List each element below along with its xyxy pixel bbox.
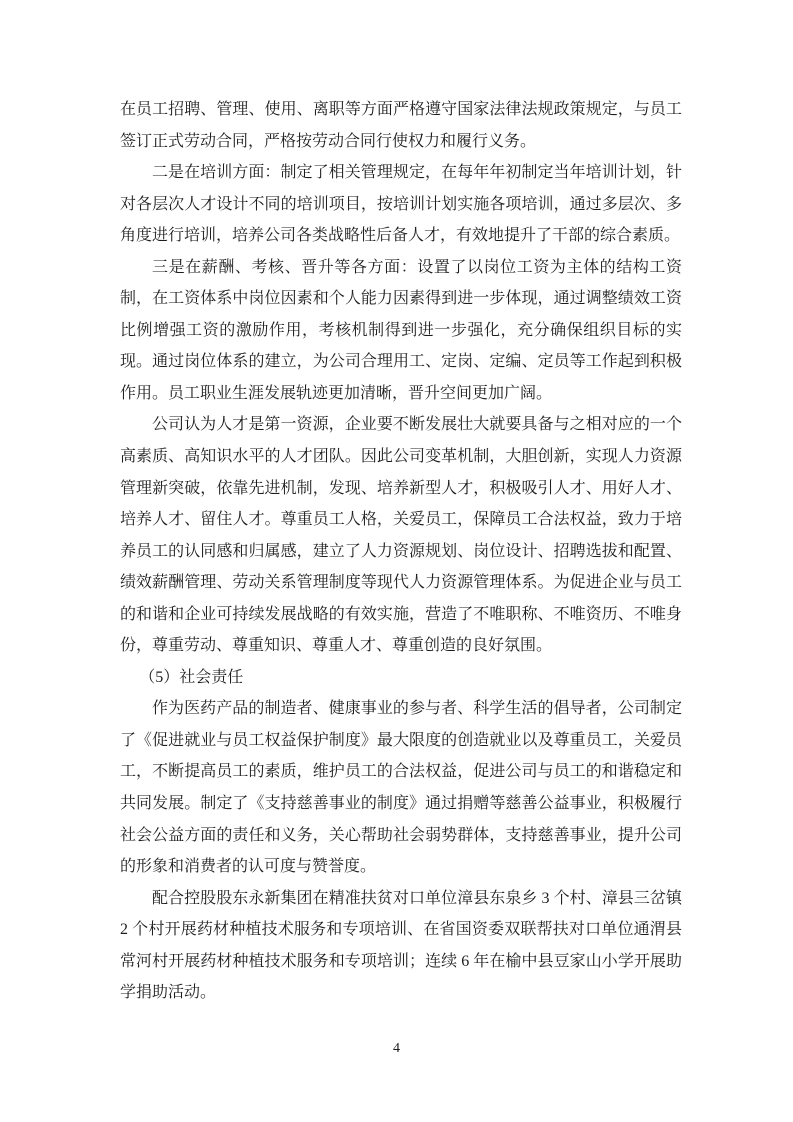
page-number: 4 <box>0 1041 793 1057</box>
paragraph-poverty-alleviation: 配合控股股东永新集团在精准扶贫对口单位漳县东泉乡 3 个村、漳县三岔镇 2 个村… <box>120 883 682 1009</box>
section-heading-social-responsibility: （5）社会责任 <box>120 662 682 694</box>
paragraph-training: 二是在培训方面：制定了相关管理规定，在每年年初制定当年培训计划，针对各层次人才设… <box>120 157 682 252</box>
document-page: 在员工招聘、管理、使用、离职等方面严格遵守国家法律法规政策规定，与员工签订正式劳… <box>0 0 793 1122</box>
page-body-text: 在员工招聘、管理、使用、离职等方面严格遵守国家法律法规政策规定，与员工签订正式劳… <box>120 94 682 1009</box>
paragraph-compensation: 三是在薪酬、考核、晋升等各方面：设置了以岗位工资为主体的结构工资制，在工资体系中… <box>120 252 682 410</box>
paragraph-continuation: 在员工招聘、管理、使用、离职等方面严格遵守国家法律法规政策规定，与员工签订正式劳… <box>120 94 682 157</box>
paragraph-talent: 公司认为人才是第一资源，企业要不断发展壮大就要具备与之相对应的一个高素质、高知识… <box>120 409 682 661</box>
paragraph-social-responsibility: 作为医药产品的制造者、健康事业的参与者、科学生活的倡导者，公司制定了《促进就业与… <box>120 693 682 882</box>
